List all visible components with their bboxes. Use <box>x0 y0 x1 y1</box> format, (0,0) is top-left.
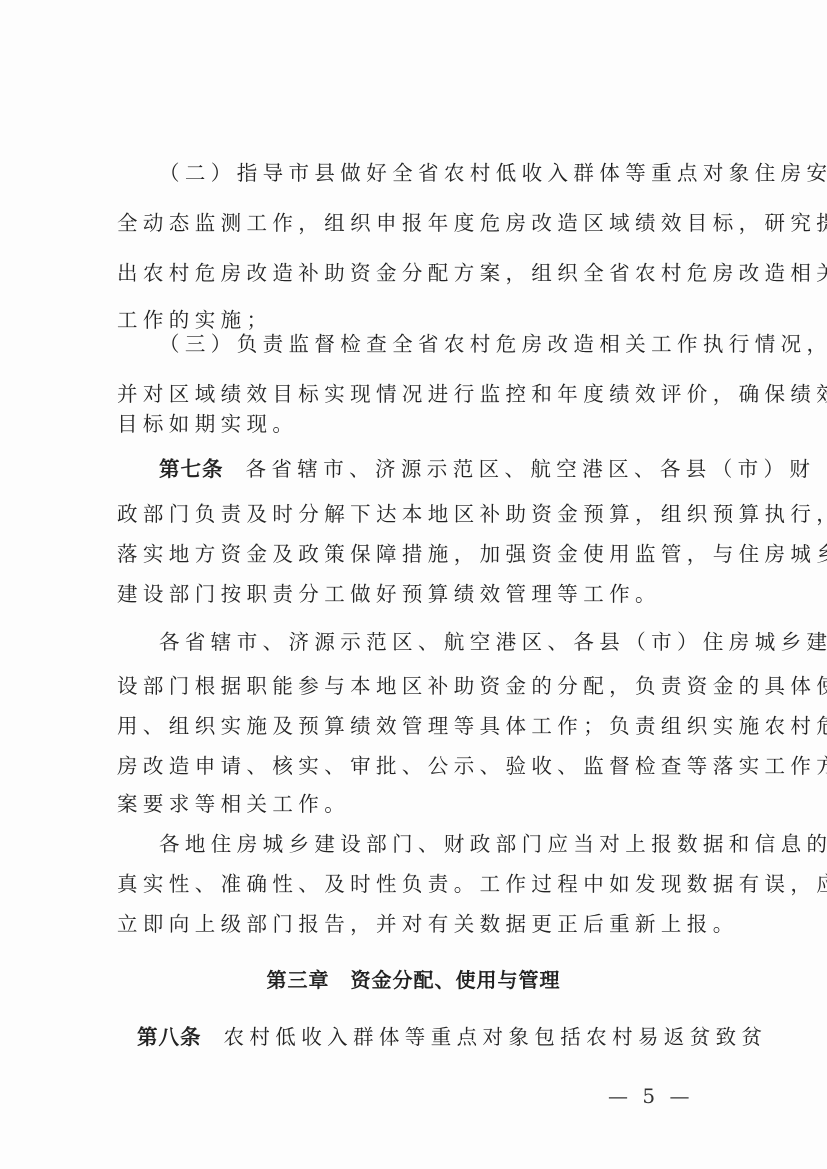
paragraph-item-2-line-1: （二）指导市县做好全省农村低收入群体等重点对象住房安 <box>159 159 759 187</box>
article-7-p3-line-1: 各地住房城乡建设部门、财政部门应当对上报数据和信息的 <box>159 830 759 858</box>
paragraph-item-2-line-2: 全动态监测工作，组织申报年度危房改造区域绩效目标，研究提 <box>117 209 717 237</box>
article-7-line-1: 第七条各省辖市、济源示范区、航空港区、各县（市）财 <box>159 455 759 483</box>
chapter-title: 第三章 资金分配、使用与管理 <box>0 966 827 994</box>
article-7-line-2: 政部门负责及时分解下达本地区补助资金预算，组织预算执行， <box>117 500 717 528</box>
article-7-line-4: 建设部门按职责分工做好预算绩效管理等工作。 <box>117 580 717 608</box>
article-7-line-3: 落实地方资金及政策保障措施，加强资金使用监管，与住房城乡 <box>117 540 717 568</box>
document-page: （二）指导市县做好全省农村低收入群体等重点对象住房安 全动态监测工作，组织申报年… <box>0 0 827 1169</box>
article-7-p2-line-5: 案要求等相关工作。 <box>117 790 717 818</box>
article-8-text: 农村低收入群体等重点对象包括农村易返贫致贫 <box>224 1025 768 1049</box>
article-7-heading: 第七条 <box>159 457 224 481</box>
article-7-p3-line-2: 真实性、准确性、及时性负责。工作过程中如发现数据有误，应 <box>117 870 717 898</box>
article-7-p2-line-3: 用、组织实施及预算绩效管理等具体工作；负责组织实施农村危 <box>117 712 717 740</box>
page-number: — 5 — <box>608 1082 693 1110</box>
article-7-p2-line-4: 房改造申请、核实、审批、公示、验收、监督检查等落实工作方 <box>117 752 717 780</box>
paragraph-item-3-line-2: 并对区域绩效目标实现情况进行监控和年度绩效评价，确保绩效 <box>117 380 717 408</box>
article-7-p3-line-3: 立即向上级部门报告，并对有关数据更正后重新上报。 <box>117 910 717 938</box>
article-7-p2-line-1: 各省辖市、济源示范区、航空港区、各县（市）住房城乡建 <box>159 628 759 656</box>
article-8-line-1: 第八条农村低收入群体等重点对象包括农村易返贫致贫 <box>137 1023 737 1051</box>
paragraph-item-3-line-3: 目标如期实现。 <box>117 410 717 438</box>
article-7-p2-line-2: 设部门根据职能参与本地区补助资金的分配，负责资金的具体使 <box>117 672 717 700</box>
article-7-text: 各省辖市、济源示范区、航空港区、各县（市）财 <box>246 457 816 481</box>
article-8-heading: 第八条 <box>137 1025 202 1049</box>
paragraph-item-2-line-3: 出农村危房改造补助资金分配方案，组织全省农村危房改造相关 <box>117 259 717 287</box>
paragraph-item-3-line-1: （三）负责监督检查全省农村危房改造相关工作执行情况， <box>159 330 759 358</box>
